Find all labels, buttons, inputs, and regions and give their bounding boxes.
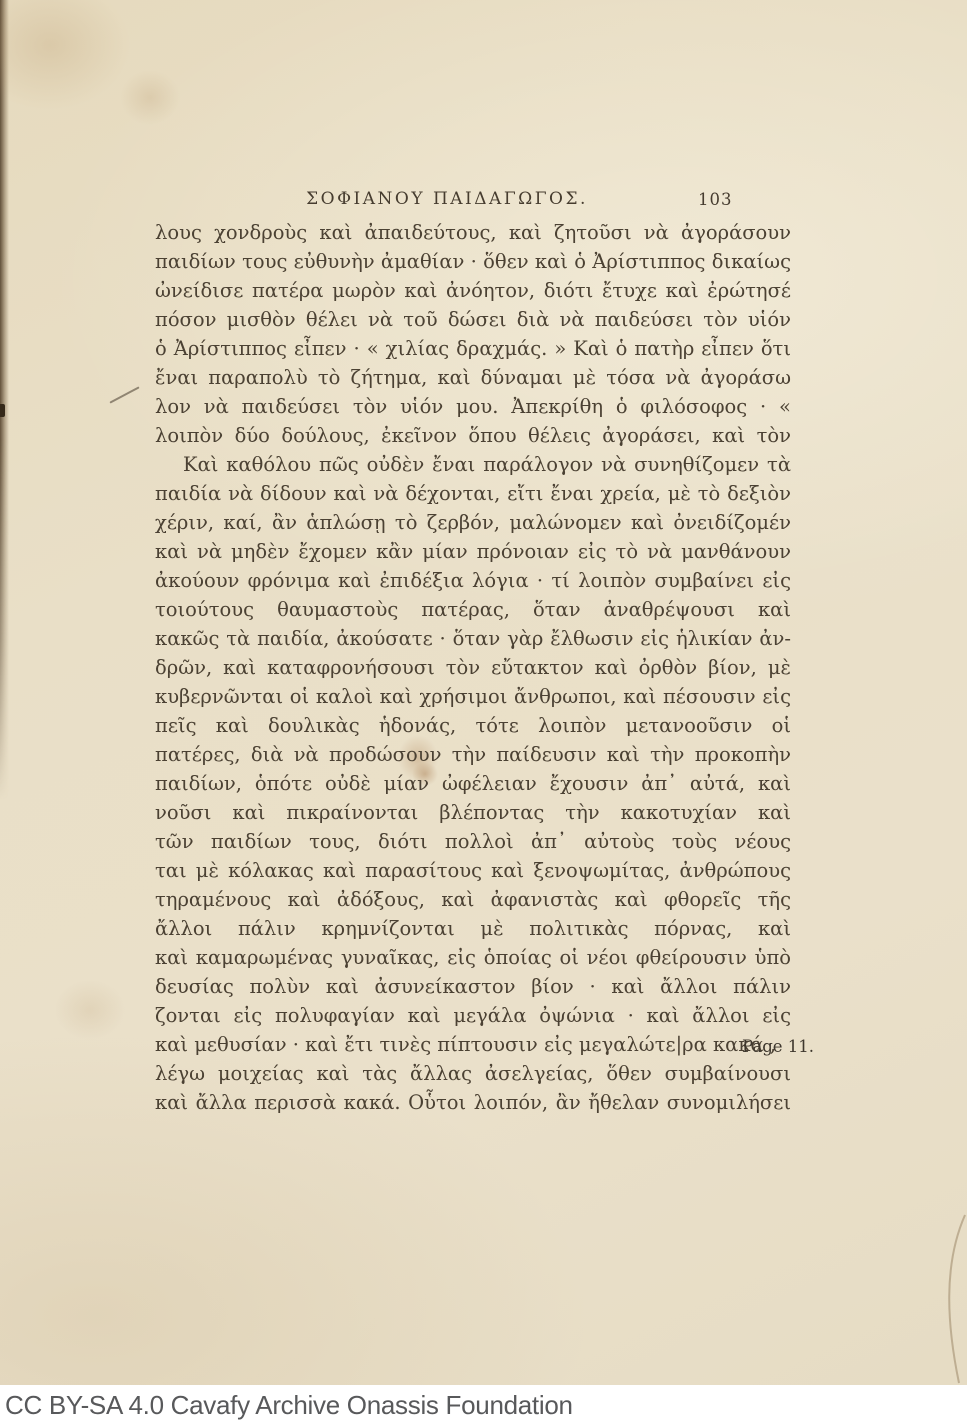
- paper-stain: [0, 0, 130, 110]
- text-line: καὶ καμαρωμένας γυναῖκας, εἰς ὁποίας οἱ …: [155, 943, 791, 972]
- text-line: λέγω μοιχείας καὶ τὰς ἄλλας ἀσελγείας, ὅ…: [155, 1059, 791, 1088]
- text-line: τηραμένους καὶ ἀδόξους, καὶ ἀφανιστὰς κα…: [155, 885, 791, 914]
- page-number: 103: [698, 190, 733, 209]
- text-line: λον νὰ παιδεύσει τὸν υἱόν μου. Ἀπεκρίθη …: [155, 392, 791, 421]
- text-line: κακῶς τὰ παιδία, ἀκούσατε · ὅταν γὰρ ἔλθ…: [155, 624, 791, 653]
- text-line: ὁ Ἀρίστιππος εἶπεν · « χιλίας δραχμάς. »…: [155, 334, 791, 363]
- pencil-mark: [109, 386, 139, 403]
- text-line: ζονται εἰς πολυφαγίαν καὶ μεγάλα ὀψώνια …: [155, 1001, 791, 1030]
- text-line: ται μὲ κόλακας καὶ παρασίτους καὶ ξενοψω…: [155, 856, 791, 885]
- margin-note: Page 11.: [742, 1037, 814, 1056]
- text-line: κυβερνῶνται οἱ καλοὶ καὶ χρήσιμοι ἄνθρωπ…: [155, 682, 791, 711]
- text-line: πατέρες, διὰ νὰ προδώσουν τὴν παίδευσιν …: [155, 740, 791, 769]
- text-line: Καὶ καθόλου πῶς οὐδὲν ἔναι παράλογον νὰ …: [155, 450, 791, 479]
- book-page-scan: ΣΟΦΙΑΝΟΥ ΠΑΙΔΑΓΩΓΟΣ. 103 λους χονδροὺς κ…: [0, 0, 967, 1385]
- license-bar: CC BY-SA 4.0 Cavafy Archive Onassis Foun…: [0, 1385, 967, 1426]
- text-line: πεῖς καὶ δουλικὰς ἡδονάς, τότε λοιπὸν με…: [155, 711, 791, 740]
- license-text: CC BY-SA 4.0 Cavafy Archive Onassis Foun…: [5, 1390, 573, 1421]
- text-line: παιδίων τους εὐθυνὴν ἀμαθίαν · ὅθεν καὶ …: [155, 247, 791, 276]
- text-line: ἄλλοι πάλιν κρημνίζονται μὲ πολιτικὰς πό…: [155, 914, 791, 943]
- edge-tick-mark: [0, 404, 5, 417]
- text-line: νοῦσι καὶ πικραίνονται βλέποντας τὴν κακ…: [155, 798, 791, 827]
- page-left-edge-shadow: [0, 0, 9, 800]
- text-line: ἔναι παραπολὺ τὸ ζήτημα, καὶ δύναμαι μὲ …: [155, 363, 791, 392]
- text-line: ἀκούουν φρόνιμα καὶ ἐπιδέξια λόγια · τί …: [155, 566, 791, 595]
- paper-stain: [55, 980, 125, 1040]
- text-line: παιδία νὰ δίδουν καὶ νὰ δέχονται, εἴτι ἔ…: [155, 479, 791, 508]
- paper-stain: [120, 70, 180, 125]
- text-block: λους χονδροὺς καὶ ἀπαιδεύτους, καὶ ζητοῦ…: [155, 218, 791, 1117]
- text-line: λοιπὸν δύο δούλους, ἐκεῖνον ὅπου θέλεις …: [155, 421, 791, 450]
- text-line: λους χονδροὺς καὶ ἀπαιδεύτους, καὶ ζητοῦ…: [155, 218, 791, 247]
- text-line: χέριν, καί, ἂν ἁπλώσῃ τὸ ζερβόν, μαλώνομ…: [155, 508, 791, 537]
- running-title: ΣΟΦΙΑΝΟΥ ΠΑΙΔΑΓΩΓΟΣ.: [157, 189, 737, 209]
- text-line: παιδίων, ὁπότε οὐδὲ μίαν ὠφέλειαν ἔχουσι…: [155, 769, 791, 798]
- text-line: δευσίας πολὺν καὶ ἀσυνείκαστον βίον · κα…: [155, 972, 791, 1001]
- text-line: καὶ νὰ μηδὲν ἔχομεν κἂν μίαν πρόνοιαν εἰ…: [155, 537, 791, 566]
- text-line: τῶν παιδίων τους, διότι πολλοὶ ἀπ᾽ αὐτοὺ…: [155, 827, 791, 856]
- text-line: καὶ μεθυσίαν · καὶ ἔτι τινὲς πίπτουσιν ε…: [155, 1030, 791, 1059]
- page-curl-line: [907, 1205, 967, 1385]
- text-line: ὠνείδισε πατέρα μωρὸν καὶ ἀνόητον, διότι…: [155, 276, 791, 305]
- text-line: πόσον μισθὸν θέλει νὰ τοῦ δώσει διὰ νὰ π…: [155, 305, 791, 334]
- text-line: καὶ ἄλλα περισσὰ κακά. Οὗτοι λοιπόν, ἂν …: [155, 1088, 791, 1117]
- text-line: τοιούτους θαυμαστοὺς πατέρας, ὅταν ἀναθρ…: [155, 595, 791, 624]
- text-line: δρῶν, καὶ καταφρονήσουσι τὸν εὔτακτον κα…: [155, 653, 791, 682]
